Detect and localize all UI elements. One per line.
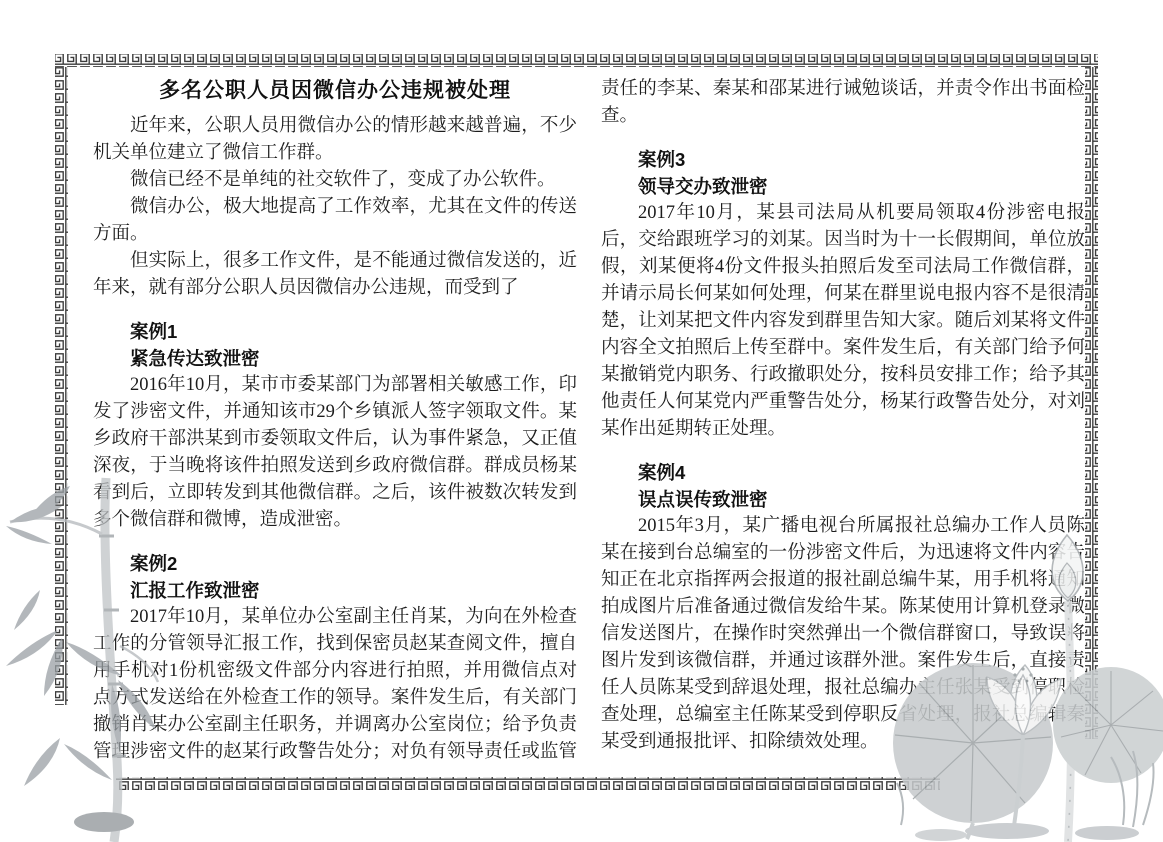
case-label: 案例4 [601, 459, 1085, 486]
case-block-4: 案例4 误点误传致泄密 2015年3月，某广播电视台所属报社总编办工作人员陈某在… [601, 459, 1085, 756]
case-label: 案例3 [601, 146, 1085, 173]
case-subtitle: 紧急传达致泄密 [93, 345, 577, 372]
case-label: 案例2 [93, 550, 577, 577]
border-top [55, 54, 1098, 67]
case-subtitle: 汇报工作致泄密 [93, 577, 577, 604]
case-label: 案例1 [93, 318, 577, 345]
document-body: 多名公职人员因微信办公违规被处理 近年来，公职人员用微信办公的情形越来越普遍，不… [93, 76, 1085, 788]
case-block-1: 案例1 紧急传达致泄密 2016年10月，某市市委某部门为部署相关敏感工作，印发… [93, 318, 577, 534]
intro-paragraph: 近年来，公职人员用微信办公的情形越来越普遍，不少机关单位建立了微信工作群。 [93, 113, 577, 167]
intro-paragraph: 微信已经不是单纯的社交软件了，变成了办公软件。 [93, 167, 577, 194]
case-subtitle: 领导交办致泄密 [601, 173, 1085, 200]
case-subtitle: 误点误传致泄密 [601, 486, 1085, 513]
border-right [1085, 67, 1098, 739]
page-title: 多名公职人员因微信办公违规被处理 [93, 76, 577, 106]
case-block-3: 案例3 领导交办致泄密 2017年10月，某县司法局从机要局领取4份涉密电报后，… [601, 146, 1085, 443]
case-body: 2016年10月，某市市委某部门为部署相关敏感工作，印发了涉密文件，并通知该市2… [93, 372, 577, 534]
intro-paragraph: 但实际上，很多工作文件，是不能通过微信发送的，近年来，就有部分公职人员因微信办公… [93, 248, 577, 302]
case-body: 2015年3月，某广播电视台所属报社总编办工作人员陈某在接到台总编室的一份涉密文… [601, 513, 1085, 756]
border-left [55, 67, 68, 705]
document-page: 多名公职人员因微信办公违规被处理 近年来，公职人员用微信办公的情形越来越普遍，不… [0, 0, 1163, 842]
intro-paragraph: 微信办公，极大地提高了工作效率，尤其在文件的传送方面。 [93, 194, 577, 248]
case-body: 2017年10月，某县司法局从机要局领取4份涉密电报后，交给跟班学习的刘某。因当… [601, 200, 1085, 443]
